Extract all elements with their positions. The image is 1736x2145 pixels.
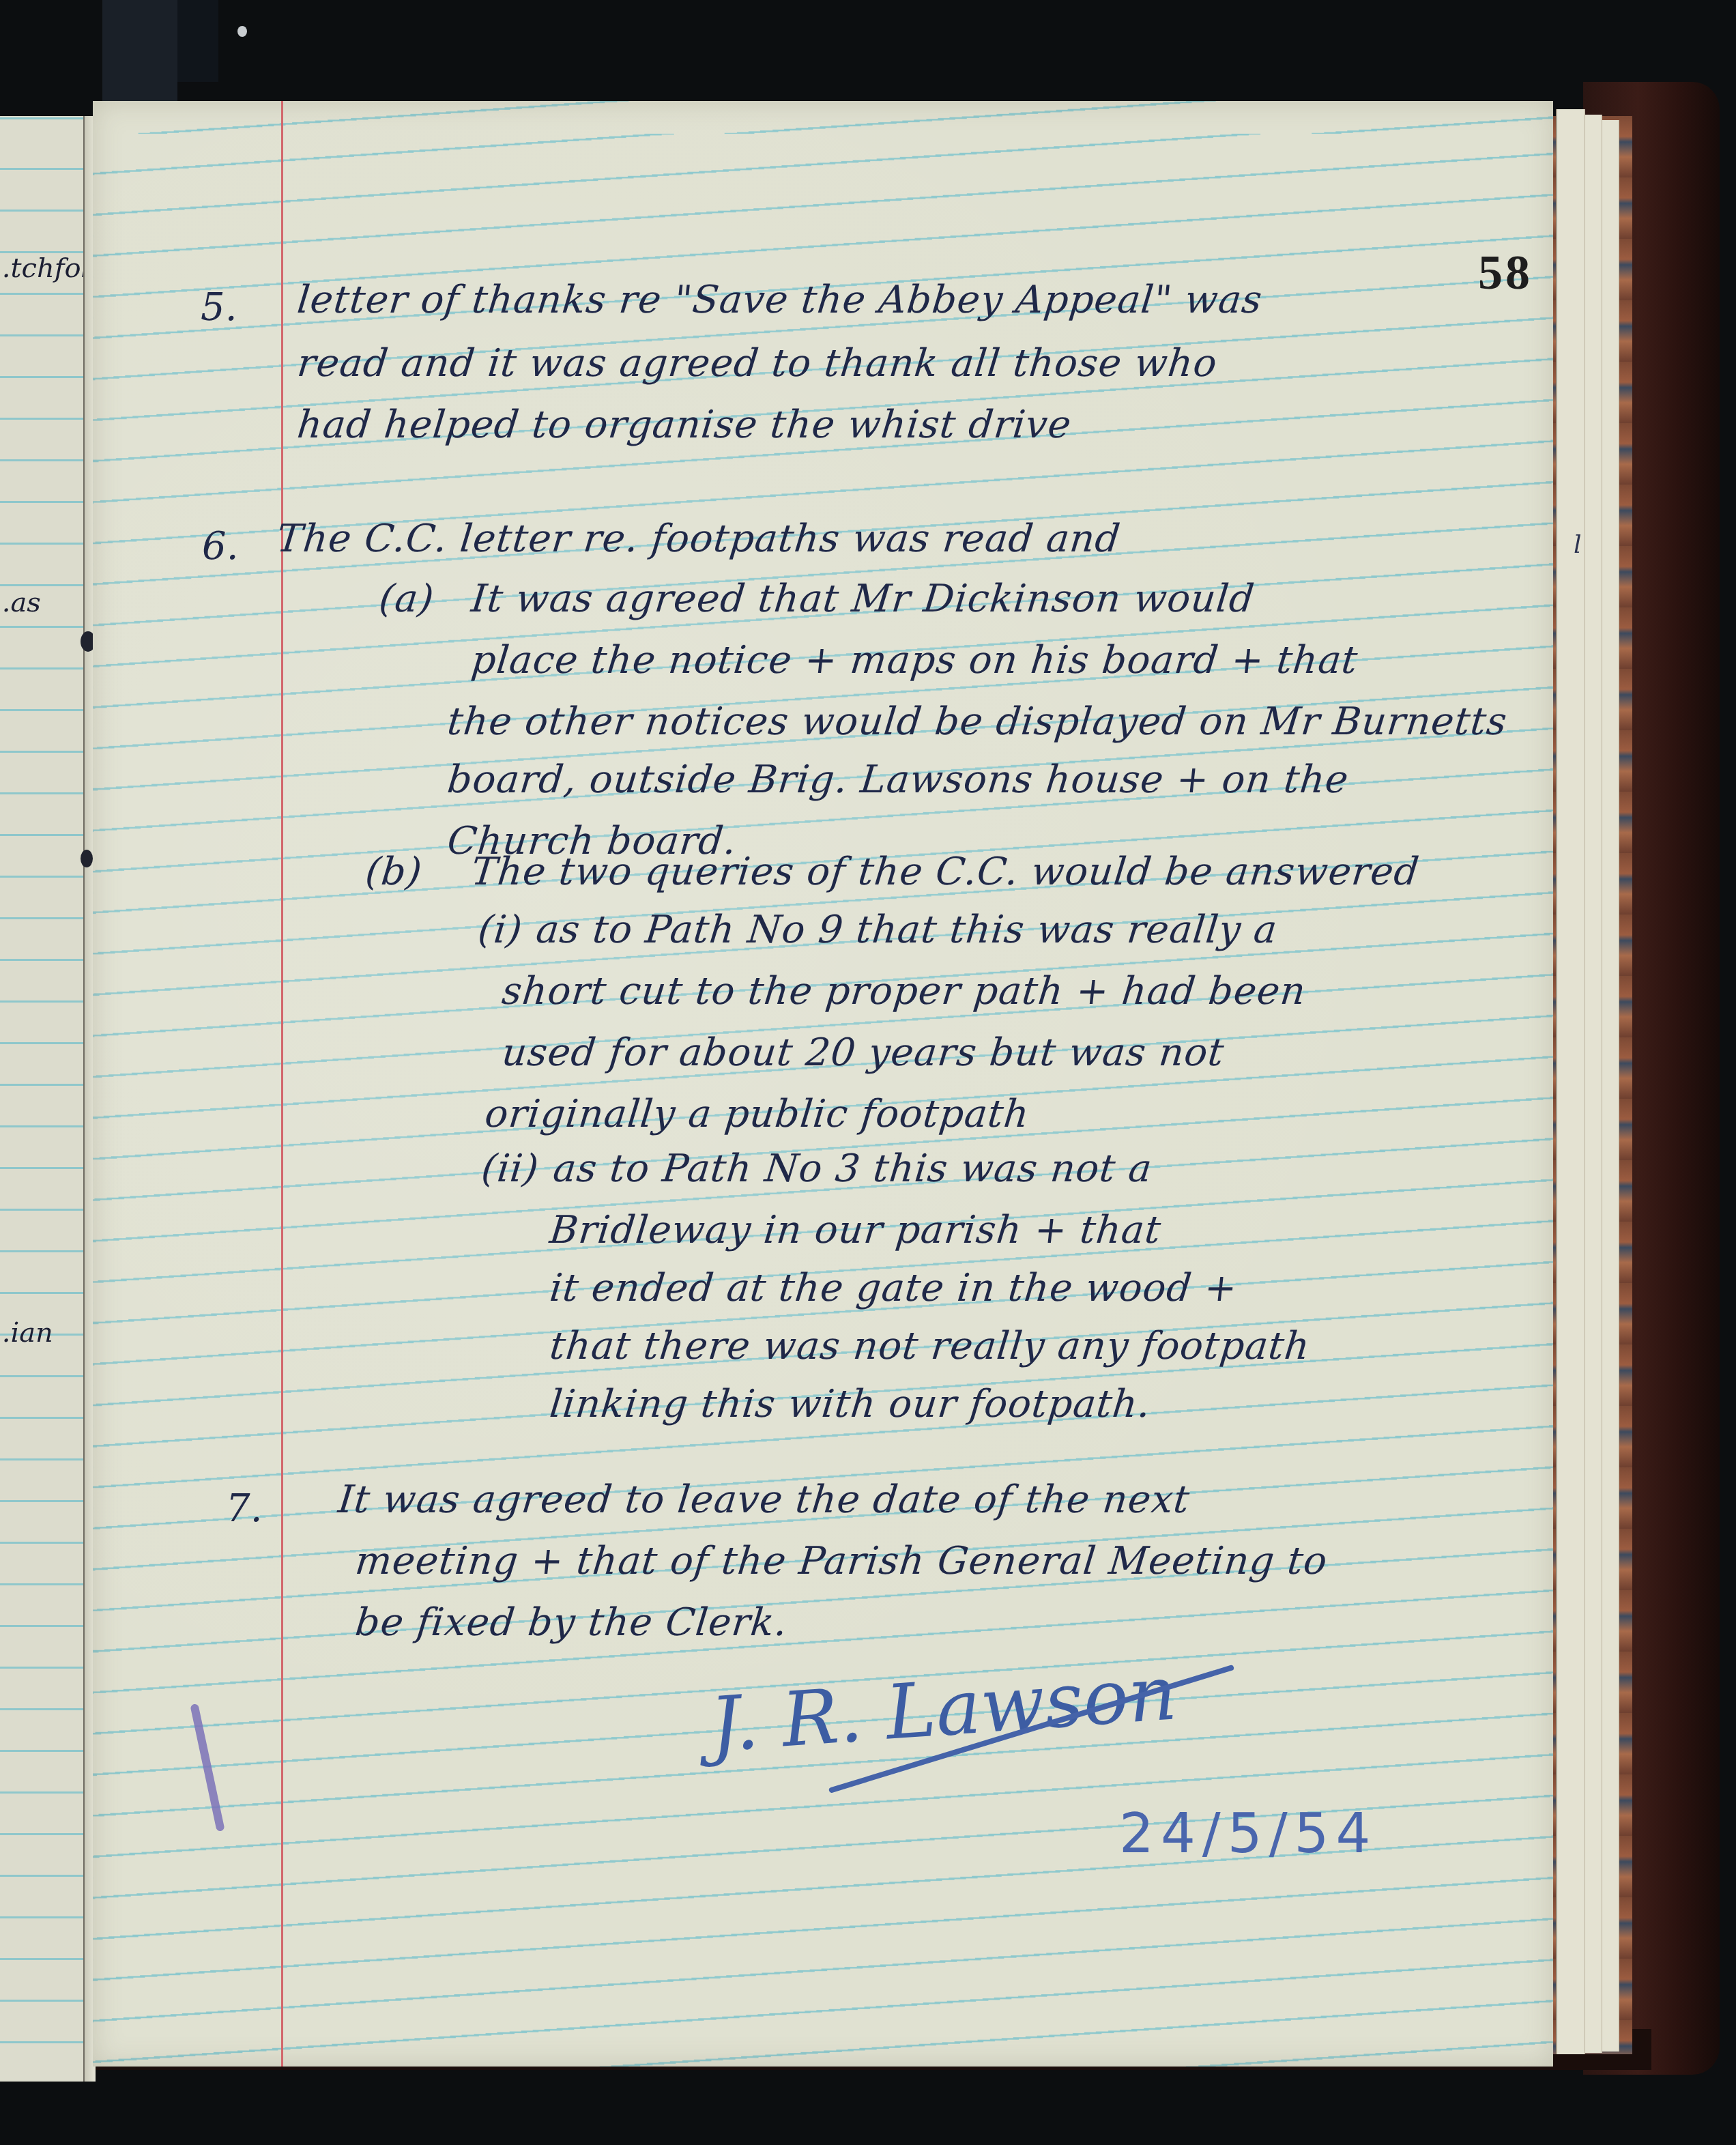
left-facing-page: ..tchfolk ..as ..ian	[0, 116, 89, 2082]
minute-line: place the notice + maps on his board + t…	[469, 640, 1360, 681]
minute-line: as to Path No 9 that this was really a	[534, 910, 1279, 951]
dust-speck	[237, 26, 247, 37]
minute-line: that there was not really any footpath	[548, 1326, 1312, 1367]
page-number: 58	[1478, 244, 1533, 301]
page-layer	[1556, 109, 1585, 2054]
minute-line: It was agreed to leave the date of the n…	[336, 1480, 1192, 1521]
minute-line: originally a public footpath	[483, 1094, 1032, 1135]
sub-item-label: (b)	[364, 852, 424, 893]
notebook-page: 58 5. letter of thanks re "Save the Abbe…	[93, 101, 1553, 2067]
minute-line: short cut to the proper path + had been	[500, 971, 1308, 1012]
item-number: 7.	[226, 1486, 262, 1531]
minute-line: The two queries of the C.C. would be ans…	[469, 852, 1421, 893]
minute-line: read and it was agreed to thank all thos…	[295, 343, 1219, 384]
sub-item-label: (a)	[377, 579, 436, 620]
book-spine-strip	[102, 0, 177, 116]
signature-date: 24/5/54	[1119, 1802, 1377, 1865]
minute-line: It was agreed that Mr Dickinson would	[469, 579, 1257, 620]
minute-line: board, outside Brig. Lawsons house + on …	[446, 760, 1351, 801]
red-margin-line	[281, 101, 283, 2067]
item-number: 5.	[201, 285, 237, 330]
minute-line: meeting + that of the Parish General Mee…	[353, 1541, 1329, 1582]
minute-line: had helped to organise the whist drive	[295, 405, 1073, 446]
left-page-fragment: ..as	[0, 587, 41, 618]
minute-line: as to Path No 3 this was not a	[551, 1149, 1154, 1190]
item-number: 6.	[202, 524, 238, 568]
minute-line: Bridleway in our parish + that	[548, 1210, 1163, 1251]
minute-line: used for about 20 years but was not	[500, 1033, 1226, 1074]
edge-mark: l	[1574, 531, 1582, 559]
minute-line: it ended at the gate in the wood +	[548, 1268, 1239, 1309]
sub-sub-item-label: (i)	[476, 910, 525, 951]
book-spine-shadow	[177, 0, 218, 82]
minute-line: The C.C. letter re. footpaths was read a…	[275, 519, 1123, 560]
sub-sub-item-label: (ii)	[480, 1149, 541, 1190]
ink-blot	[81, 850, 93, 867]
minute-line: linking this with our footpath.	[548, 1384, 1153, 1425]
minute-line: letter of thanks re "Save the Abbey Appe…	[295, 280, 1264, 321]
left-page-fragment: ..ian	[0, 1317, 53, 1349]
minute-line: be fixed by the Clerk.	[353, 1602, 790, 1643]
minute-line: the other notices would be displayed on …	[446, 702, 1509, 743]
